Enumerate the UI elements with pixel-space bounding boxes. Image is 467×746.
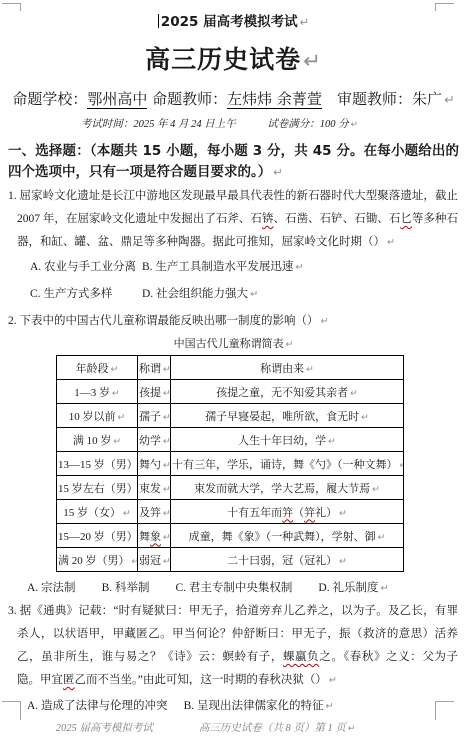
text-run: 15 岁（女） [63,507,121,519]
section1-heading: 一、选择题：（本题共 15 小题，每小题 3 分，共 45 分。在每小题给出的四… [8,141,459,183]
text-run: 幼学 [139,435,161,447]
cell-appellation: 束发↵ [138,476,171,500]
paragraph-mark-icon: ↵ [306,364,314,375]
text-run: 孺子早寝晏起，唯所欲，食无时 [205,411,359,423]
text-run: 舞勺 [139,459,161,471]
q1-option-d: D. 社会组织能力强大↵ [142,288,258,300]
paragraph-mark-icon: ↵ [163,388,171,399]
text-run: 束发 [139,483,161,495]
exam-series-title: 2025 届高考模拟考试↵ [0,14,467,31]
spellcheck-squiggle-text: 匕 [400,213,412,225]
children-appellation-table: 年龄段↵ 称谓↵ 称谓由来↵ 1—3 岁↵ 孩提↵ 孩提之童，无不知爱其亲者↵ … [56,355,404,572]
q1-option-c: C. 生产方式多样 [30,281,142,307]
school-teachers-line: 命题学校：鄂州高中 命题教师：左炜炜 余菁萱 审题教师：朱广↵ [0,89,467,111]
text-run: 十有五年而 [227,507,282,519]
paragraph-mark-icon: ↵ [295,262,303,273]
text-run: 孩提 [139,387,161,399]
cell-age: 15—20 岁（男）↵ [57,524,138,548]
spellcheck-squiggle-text: 笄 [282,507,293,519]
q2-option-a: A. 宗法制 [27,582,76,594]
text-run: 人生十年曰幼，学 [238,435,326,447]
text-cursor [158,14,159,28]
col-header-origin: 称谓由来↵ [171,356,404,380]
paragraph-mark-icon: ↵ [163,364,171,375]
table-row: 13—15 岁（男）↵ 舞勺↵ 十有三年，学乐，诵诗，舞《勺》（一种文舞）↵ [57,452,404,476]
paragraph-mark-icon: ↵ [378,532,386,543]
text-run: 舞 [139,531,150,543]
page-footer: 2025 届高考模拟考试高三历史试卷（共 8 页）第 1 页↵ [0,721,439,737]
cell-origin: 孩提之童，无不知爱其亲者↵ [171,380,404,404]
question1-stem: 1. 屈家岭文化遗址是长江中游地区发现最早最具代表性的新石器时代大型聚落遗址，截… [8,185,458,254]
spellcheck-squiggle-text: 象 [150,531,161,543]
table-title-text: 中国古代儿童称谓简表 [174,338,284,350]
paragraph-mark-icon: ↵ [400,460,404,471]
text-run: （ [293,507,304,519]
text-run: 10 岁以前 [69,411,116,423]
paragraph-mark-icon: ↵ [328,436,336,447]
question2-stem: 2. 下表中的中国古代儿童称谓最能反映出哪一制度的影响（）↵ [8,310,458,333]
text-run: 礼） [315,507,337,519]
table-title: 中国古代儿童称谓简表↵ [0,336,467,353]
table-row: 满 20 岁（男）↵ 弱冠↵ 二十曰弱，冠（冠礼）↵ [57,548,404,572]
question2-options-row: A. 宗法制B. 科举制C. 君主专制中央集权制D. 礼乐制度↵ [8,579,459,598]
time-score-text: 考试时间：2025 年 4 月 24 日上午 试卷满分：100 分 [81,119,349,130]
q1-option-a: A. 农业与手工业分离 [30,254,142,280]
cell-age: 满 20 岁（男）↵ [57,548,138,572]
cell-age: 10 岁以前↵ [57,404,138,428]
crop-mark-top-left [2,3,21,11]
paragraph-mark-icon: ↵ [339,508,347,519]
table-row: 15 岁（女）↵ 及笄↵ 十有五年而笄（笄礼）↵ [57,500,404,524]
table-row: 满 10 岁↵ 幼学↵ 人生十年曰幼，学↵ [57,428,404,452]
paragraph-mark-icon: ↵ [303,49,322,74]
text-run: 命题学校： [12,90,87,108]
paragraph-mark-icon: ↵ [250,289,258,300]
paragraph-mark-icon: ↵ [132,556,138,567]
text-run: 二十曰弱，冠（冠礼） [227,555,337,567]
footer-paper-page: 高三历史试卷（共 8 页）第 1 页↵ [199,723,355,734]
paragraph-mark-icon: ↵ [300,15,310,29]
question1-options-row2: C. 生产方式多样D. 社会组织能力强大↵ [8,281,459,308]
text-run: 弱冠 [139,555,161,567]
text-run: 束发而就大学，学大艺焉，履大节焉 [194,483,370,495]
time-score-line: 考试时间：2025 年 4 月 24 日上午 试卷满分：100 分↵ [0,117,453,133]
footer-exam-series: 2025 届高考模拟考试 [56,723,153,734]
text-run: 满 20 岁（男） [58,555,130,567]
paragraph-mark-icon: ↵ [325,701,333,712]
cell-appellation: 孺子↵ [138,404,171,428]
paragraph-mark-icon: ↵ [387,237,395,248]
section1-heading-text: 一、选择题：（本题共 15 小题，每小题 3 分，共 45 分。在每小题给出的四… [8,143,459,180]
spellcheck-squiggle-text: 锛 [262,213,274,225]
q3-option-b: B. 呈现出法律儒家化的特征↵ [184,700,334,712]
cell-appellation: 幼学↵ [138,428,171,452]
underlined-text: 左炜炜 余菁萱 [227,90,322,109]
text-run: 十有三年，学乐，诵诗，舞《勺》（一种文舞） [172,459,398,471]
paragraph-mark-icon: ↵ [339,556,347,567]
q1-option-b: B. 生产工具制造水平发展迅速↵ [142,261,304,273]
exam-series-text: 2025 届高考模拟考试 [161,14,298,30]
question1-options-row1: A. 农业与手工业分离B. 生产工具制造水平发展迅速↵ [8,254,459,281]
cell-origin: 孺子早寝晏起，唯所欲，食无时↵ [171,404,404,428]
cell-appellation: 弱冠↵ [138,548,171,572]
table-row: 1—3 岁↵ 孩提↵ 孩提之童，无不知爱其亲者↵ [57,380,404,404]
text-run: 孩提之童，无不知爱其亲者 [216,387,348,399]
paragraph-mark-icon: ↵ [111,364,119,375]
cell-appellation: 舞象↵ [138,524,171,548]
table-row: 15 岁左右（男）↵ 束发↵ 束发而就大学，学大艺焉，履大节焉↵ [57,476,404,500]
paragraph-mark-icon: ↵ [113,436,121,447]
paragraph-mark-icon: ↵ [444,93,455,108]
question3-options-row: A. 造成了法律与伦理的冲突B. 呈现出法律儒家化的特征↵ [8,697,459,716]
paragraph-mark-icon: ↵ [123,508,131,519]
cell-origin: 十有三年，学乐，诵诗，舞《勺》（一种文舞）↵ [171,452,404,476]
text-run: 审题教师：朱广 [322,90,442,108]
q3-option-a: A. 造成了法律与伦理的冲突 [27,700,168,712]
text-run: 成童，舞《象》（一种武舞），学射、御 [189,531,376,543]
cell-age: 15 岁左右（男）↵ [57,476,138,500]
cell-origin: 束发而就大学，学大艺焉，履大节焉↵ [171,476,404,500]
paragraph-mark-icon: ↵ [163,484,171,495]
cell-origin: 十有五年而笄（笄礼）↵ [171,500,404,524]
paragraph-mark-icon: ↵ [163,436,171,447]
col-header-age: 年龄段↵ [57,356,138,380]
text-run: 、石凿、石铲、石锄、石 [274,213,401,225]
paragraph-mark-icon: ↵ [372,484,380,495]
paper-title-text: 高三历史试卷 [145,45,301,74]
paper-title: 高三历史试卷↵ [0,45,467,76]
paragraph-mark-icon: ↵ [163,412,171,423]
paragraph-mark-icon: ↵ [286,339,294,350]
paragraph-mark-icon: ↵ [361,412,369,423]
cell-age: 满 10 岁↵ [57,428,138,452]
question2-stem-text: 2. 下表中的中国古代儿童称谓最能反映出哪一制度的影响（） [8,315,319,327]
crop-mark-top-right [435,3,454,11]
paragraph-mark-icon: ↵ [163,532,171,543]
text-run: 满 10 岁 [73,435,112,447]
cell-origin: 成童，舞《象》（一种武舞），学射、御↵ [171,524,404,548]
q2-option-d: D. 礼乐制度↵ [318,582,388,594]
paragraph-mark-icon: ↵ [117,412,125,423]
paragraph-mark-icon: ↵ [163,556,171,567]
paragraph-mark-icon: ↵ [380,583,388,594]
paragraph-mark-icon: ↵ [348,724,355,734]
text-run: 13—15 岁（男） [58,459,138,471]
word-document-page: 2025 届高考模拟考试↵ 高三历史试卷↵ 命题学校：鄂州高中 命题教师：左炜炜… [0,0,467,746]
cell-origin: 人生十年曰幼，学↵ [171,428,404,452]
cell-age: 1—3 岁↵ [57,380,138,404]
cell-appellation: 舞勺↵ [138,452,171,476]
text-run: 命题教师： [147,90,227,108]
table-header-row: 年龄段↵ 称谓↵ 称谓由来↵ [57,356,404,380]
cell-appellation: 及笄↵ [138,500,171,524]
cell-origin: 二十曰弱，冠（冠礼）↵ [171,548,404,572]
paragraph-mark-icon: ↵ [163,508,171,519]
spellcheck-squiggle-text: 蜾蠃负 [283,651,319,663]
paragraph-mark-icon: ↵ [321,316,329,327]
paragraph-mark-icon: ↵ [273,165,283,179]
table-row: 15—20 岁（男）↵ 舞象↵ 成童，舞《象》（一种武舞），学射、御↵ [57,524,404,548]
paragraph-mark-icon: ↵ [350,388,358,399]
col-header-appellation: 称谓↵ [138,356,171,380]
q2-option-c: C. 君主专制中央集权制 [175,582,292,594]
question3-stem: 3. 据《通典》记载：“时有疑狱曰：甲无子，拾道旁弃儿乙养之，以为子。及乙长，有… [8,600,458,692]
cell-age: 13—15 岁（男）↵ [57,452,138,476]
spellcheck-squiggle-text: 匿 [63,674,75,686]
text-run: 1—3 岁 [74,387,110,399]
text-run: 15 岁左右（男） [58,483,138,495]
text-run: 孺子 [139,411,161,423]
crop-mark-bottom-right [435,701,454,720]
text-run: 乙而不当坐。”由此可知，这一时期的春秋决狱（） [75,674,327,686]
crop-mark-bottom-left [2,701,21,720]
underlined-text: 鄂州高中 [87,90,147,109]
cell-appellation: 孩提↵ [138,380,171,404]
text-run: 及笄 [139,507,161,519]
table-row: 10 岁以前↵ 孺子↵ 孺子早寝晏起，唯所欲，食无时↵ [57,404,404,428]
paragraph-mark-icon: ↵ [351,120,358,130]
paragraph-mark-icon: ↵ [163,460,171,471]
spellcheck-squiggle-text: 笄 [304,507,315,519]
q2-option-b: B. 科举制 [102,582,150,594]
paragraph-mark-icon: ↵ [112,388,120,399]
text-run: 15—20 岁（男） [58,531,138,543]
cell-age: 15 岁（女）↵ [57,500,138,524]
paragraph-mark-icon: ↵ [329,675,337,686]
